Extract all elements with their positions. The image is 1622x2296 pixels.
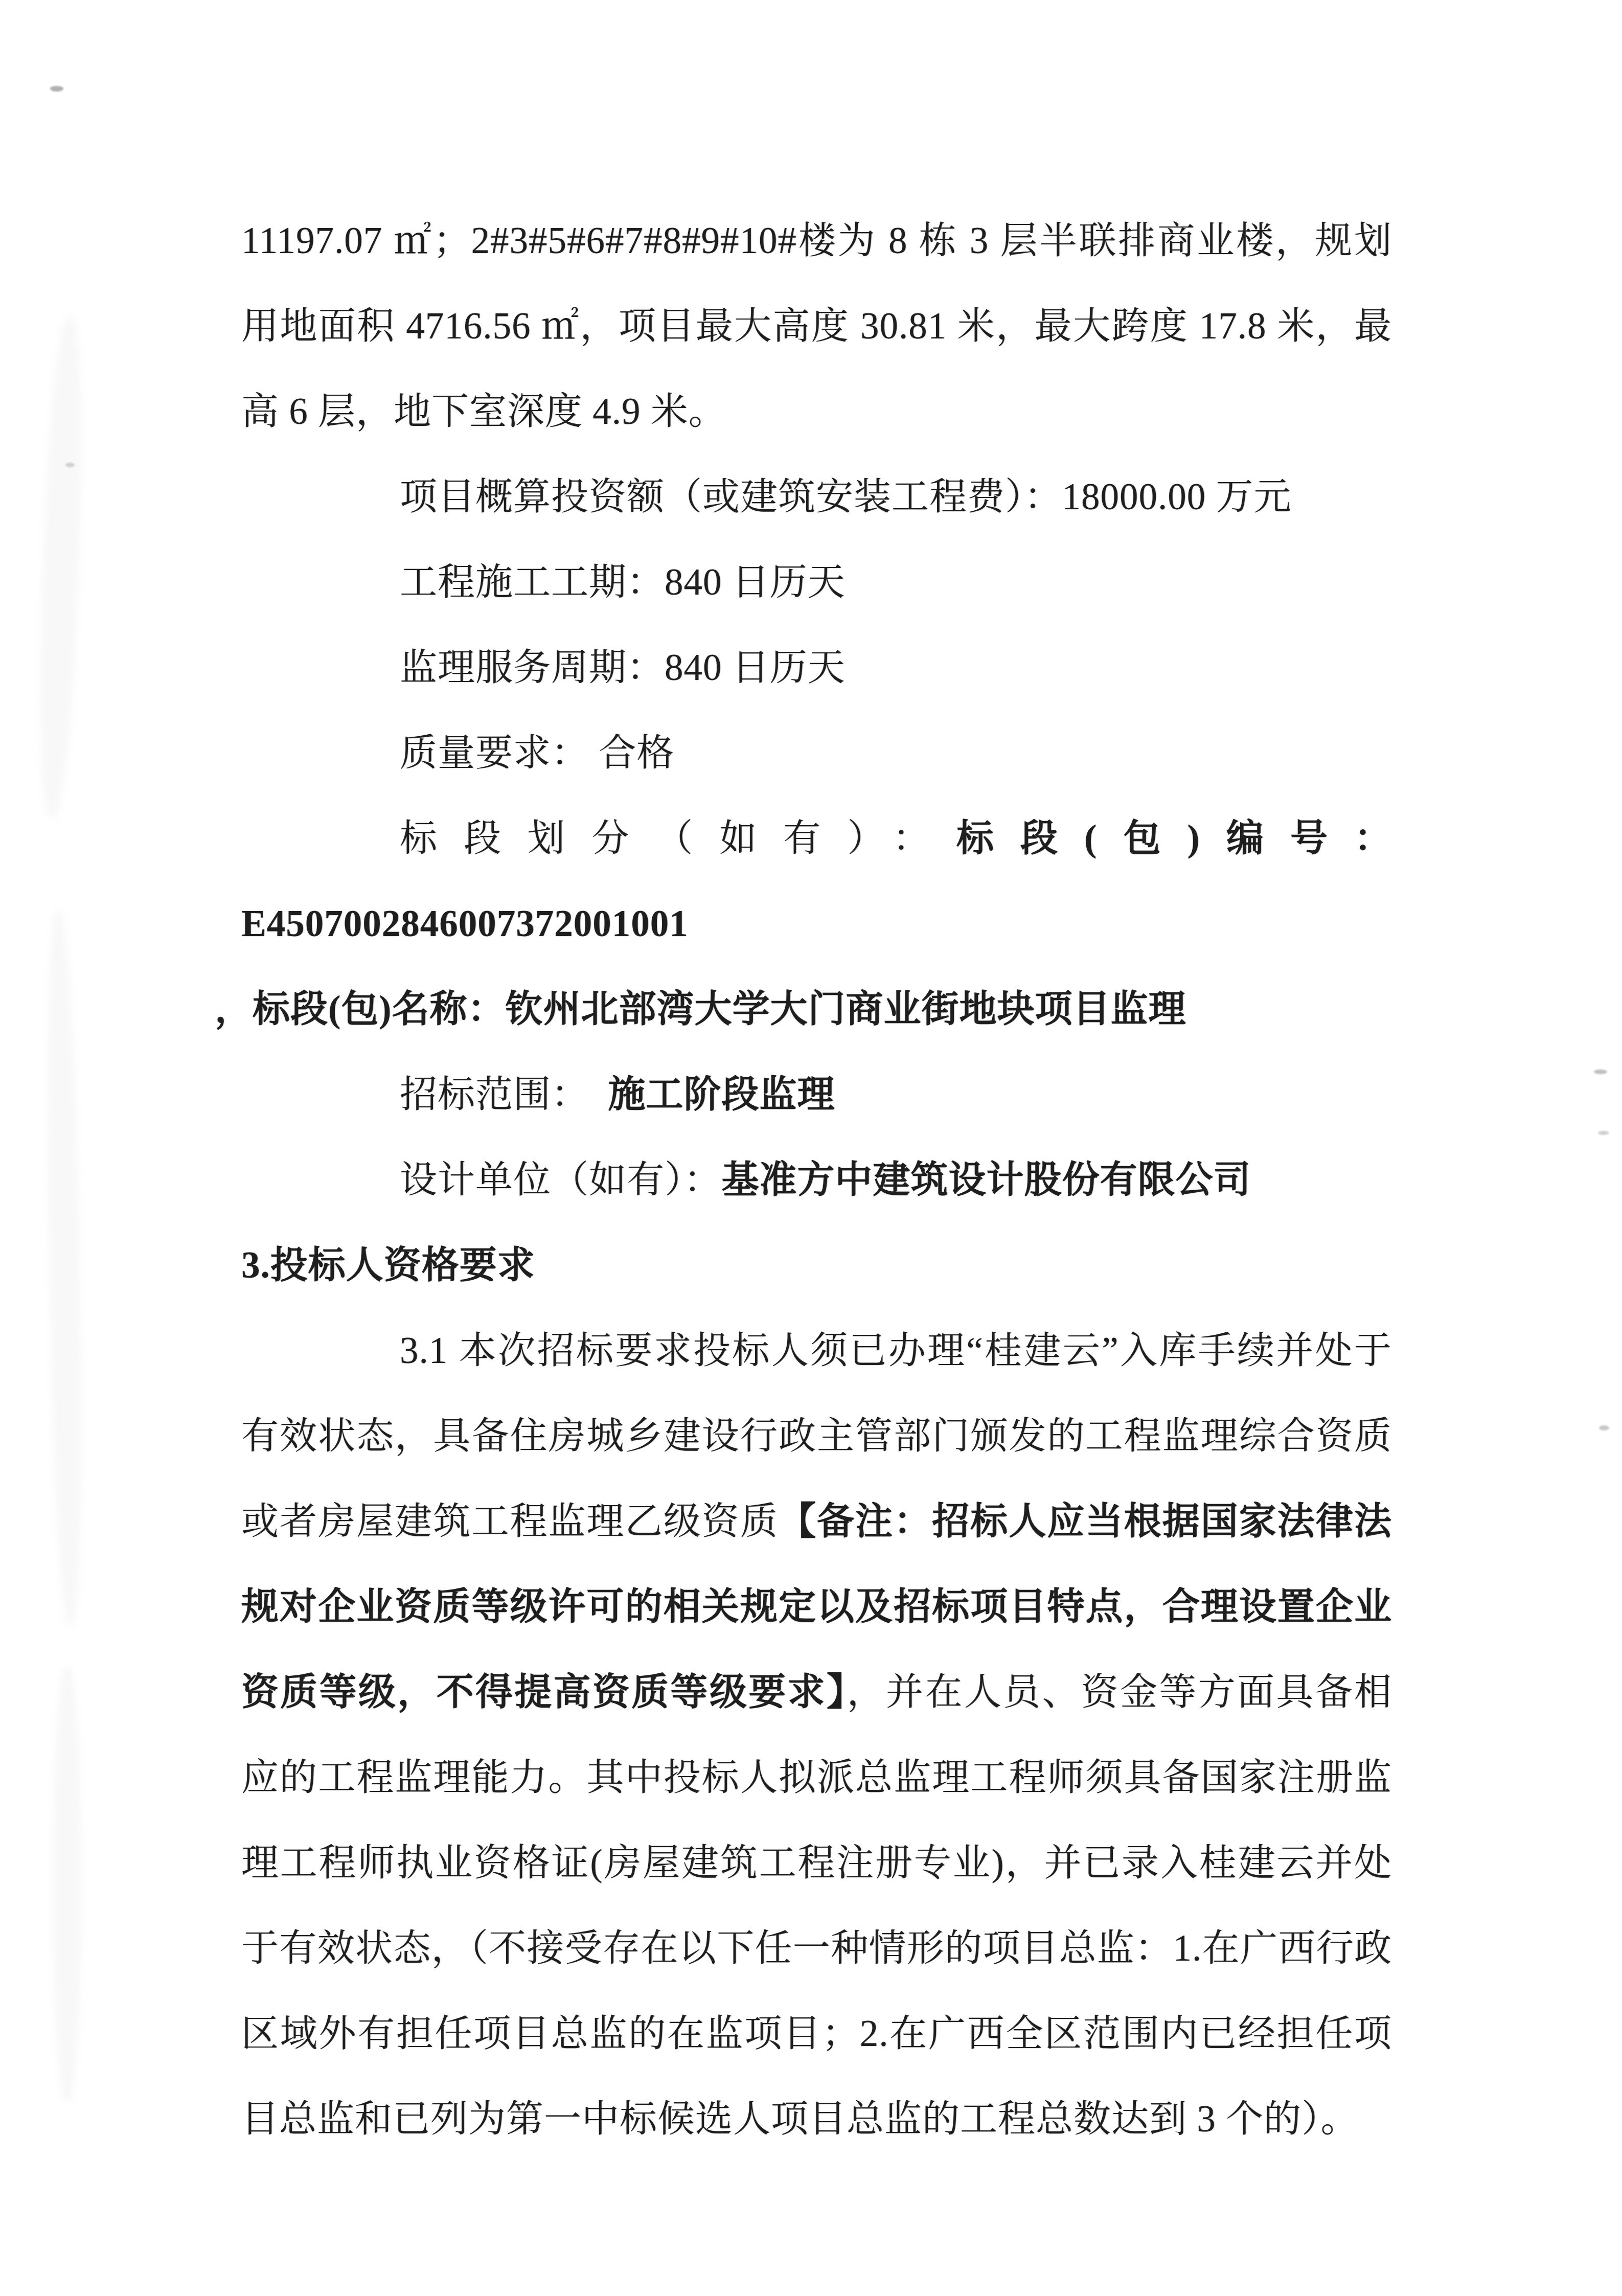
text-supervision-period: 监理服务周期：840 日历天 [400, 647, 846, 688]
paragraph-qualification-requirement: 3.1 本次招标要求投标人须已办理“桂建云”入库手续并处于有效状态，具备住房城乡… [241, 1308, 1392, 2162]
paragraph-section-package-name: ，标段(包)名称：钦州北部湾大学大门商业街地块项目监理 [215, 966, 1392, 1052]
paragraph-supervision-period: 监理服务周期：840 日历天 [241, 625, 1392, 710]
paragraph-bid-scope: 招标范围： 施工阶段监理 [241, 1052, 1392, 1137]
paragraph-construction-period: 工程施工工期：840 日历天 [241, 539, 1392, 625]
text-bid-scope-label: 招标范围： [400, 1074, 608, 1115]
text-construction-period: 工程施工工期：840 日历天 [400, 561, 846, 603]
paragraph-section-division: 标段划分（如有）：标段(包)编号：E4507002846007372001001 [241, 795, 1392, 966]
text-design-unit-label: 设计单位（如有）： [400, 1159, 722, 1200]
paragraph-investment-amount: 项目概算投资额（或建筑安装工程费）：18000.00 万元 [241, 454, 1392, 539]
text-investment-amount: 项目概算投资额（或建筑安装工程费）：18000.00 万元 [400, 476, 1292, 517]
text-section-package-name: ，标段(包)名称：钦州北部湾大学大门商业街地块项目监理 [215, 988, 1186, 1030]
paragraph-project-scale: 11197.07 ㎡；2#3#5#6#7#8#9#10#楼为 8 栋 3 层半联… [241, 198, 1392, 454]
paragraph-design-unit: 设计单位（如有）：基准方中建筑设计股份有限公司 [241, 1137, 1392, 1222]
text-qualification-tail: ，并在人员、资金等方面具备相应的工程监理能力。其中投标人拟派总监理工程师须具备国… [241, 1671, 1392, 2140]
text-section-division-label: 标段划分（如有）： [400, 817, 956, 859]
document-body: 11197.07 ㎡；2#3#5#6#7#8#9#10#楼为 8 栋 3 层半联… [0, 0, 1622, 2162]
text-quality-requirement: 质量要求： 合格 [400, 732, 674, 774]
paragraph-quality-requirement: 质量要求： 合格 [241, 710, 1392, 795]
text-bidder-qualification-heading: 3.投标人资格要求 [241, 1244, 535, 1286]
text-design-unit-value: 基准方中建筑设计股份有限公司 [722, 1159, 1251, 1200]
text-project-scale: 11197.07 ㎡；2#3#5#6#7#8#9#10#楼为 8 栋 3 层半联… [241, 220, 1392, 432]
scanned-document-page: 11197.07 ㎡；2#3#5#6#7#8#9#10#楼为 8 栋 3 层半联… [0, 0, 1622, 2296]
text-bid-scope-value: 施工阶段监理 [608, 1074, 835, 1115]
heading-bidder-qualification: 3.投标人资格要求 [241, 1222, 1392, 1308]
